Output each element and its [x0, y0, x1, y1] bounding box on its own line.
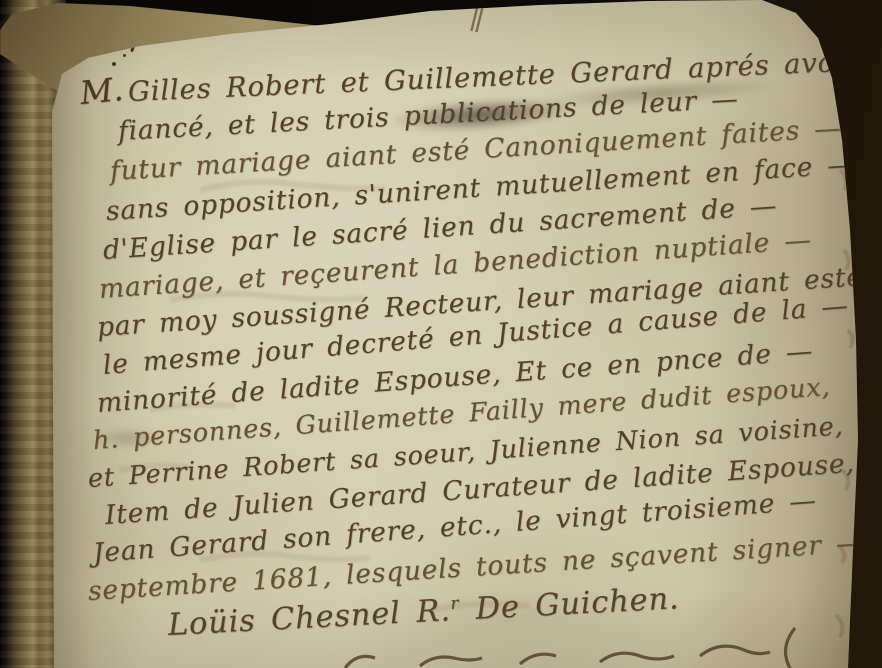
- manuscript-photo: ∥ M. Gilles Robert et Guillemette Gerard…: [0, 0, 882, 668]
- signature-title: R.r: [416, 593, 461, 630]
- ink-dot: [112, 62, 116, 66]
- margin-note: M.: [78, 70, 125, 112]
- paper-page: ∥ M. Gilles Robert et Guillemette Gerard…: [0, 0, 882, 668]
- ink-dot: [123, 54, 126, 57]
